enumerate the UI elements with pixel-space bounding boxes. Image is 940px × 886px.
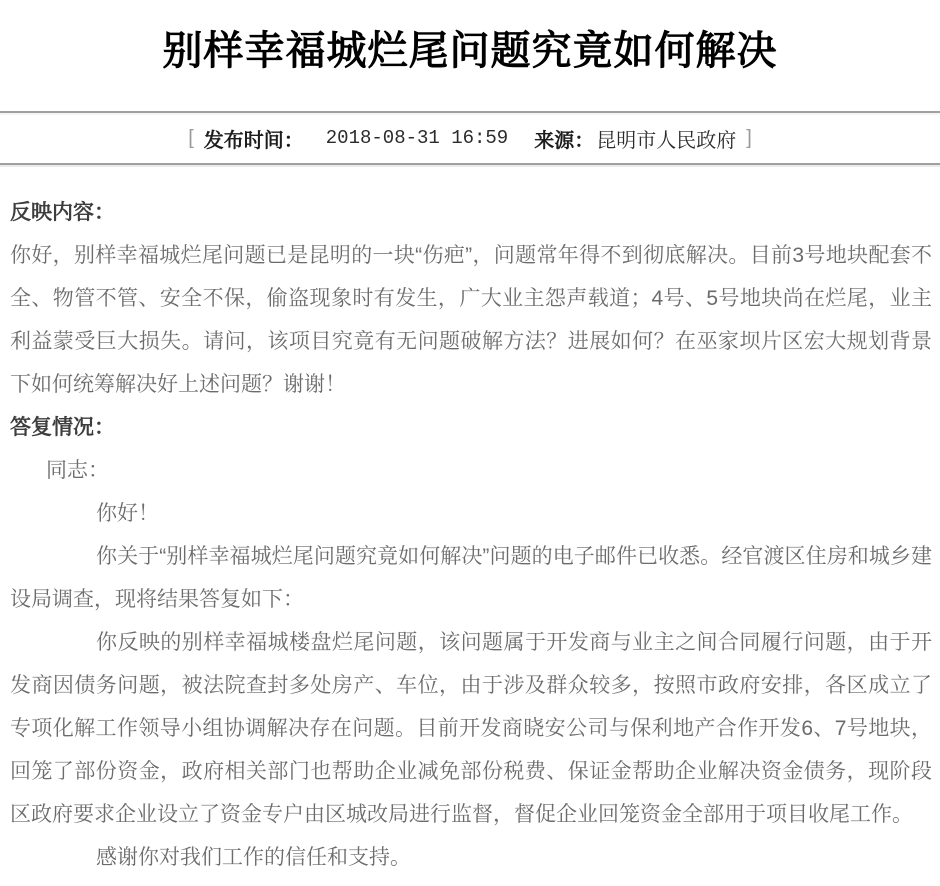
- source-value: 昆明市人民政府: [596, 124, 736, 153]
- meta-bar: [ 发布时间： 2018-08-31 16:59 来源： 昆明市人民政府 ]: [0, 111, 940, 165]
- reply-salutation: 同志：: [10, 449, 932, 492]
- reply-greeting: 你好！: [10, 492, 932, 535]
- publish-time-value: 2018-08-31 16:59: [326, 127, 508, 149]
- reply-paragraph-3: 感谢你对我们工作的信任和支持。: [10, 836, 932, 879]
- publish-time-label: 发布时间：: [204, 124, 304, 153]
- reply-paragraph-2: 你反映的别样幸福城楼盘烂尾问题，该问题属于开发商与业主之间合同履行问题，由于开发…: [10, 621, 932, 836]
- reflect-content-text: 你好，别样幸福城烂尾问题已是昆明的一块“伤疤”，问题常年得不到彻底解决。目前3号…: [10, 234, 932, 406]
- meta-bracket-left: [: [188, 127, 194, 150]
- article-body: 反映内容： 你好，别样幸福城烂尾问题已是昆明的一块“伤疤”，问题常年得不到彻底解…: [0, 165, 940, 879]
- source-label: 来源：: [534, 124, 594, 153]
- page-title: 别样幸福城烂尾问题究竟如何解决: [0, 0, 940, 58]
- article-page: 别样幸福城烂尾问题究竟如何解决 [ 发布时间： 2018-08-31 16:59…: [0, 0, 940, 886]
- reflect-content-label: 反映内容：: [10, 191, 932, 234]
- meta-bracket-right: ]: [746, 127, 752, 150]
- reply-paragraph-1: 你关于“别样幸福城烂尾问题究竟如何解决”问题的电子邮件已收悉。经官渡区住房和城乡…: [10, 535, 932, 621]
- reply-status-label: 答复情况：: [10, 406, 932, 449]
